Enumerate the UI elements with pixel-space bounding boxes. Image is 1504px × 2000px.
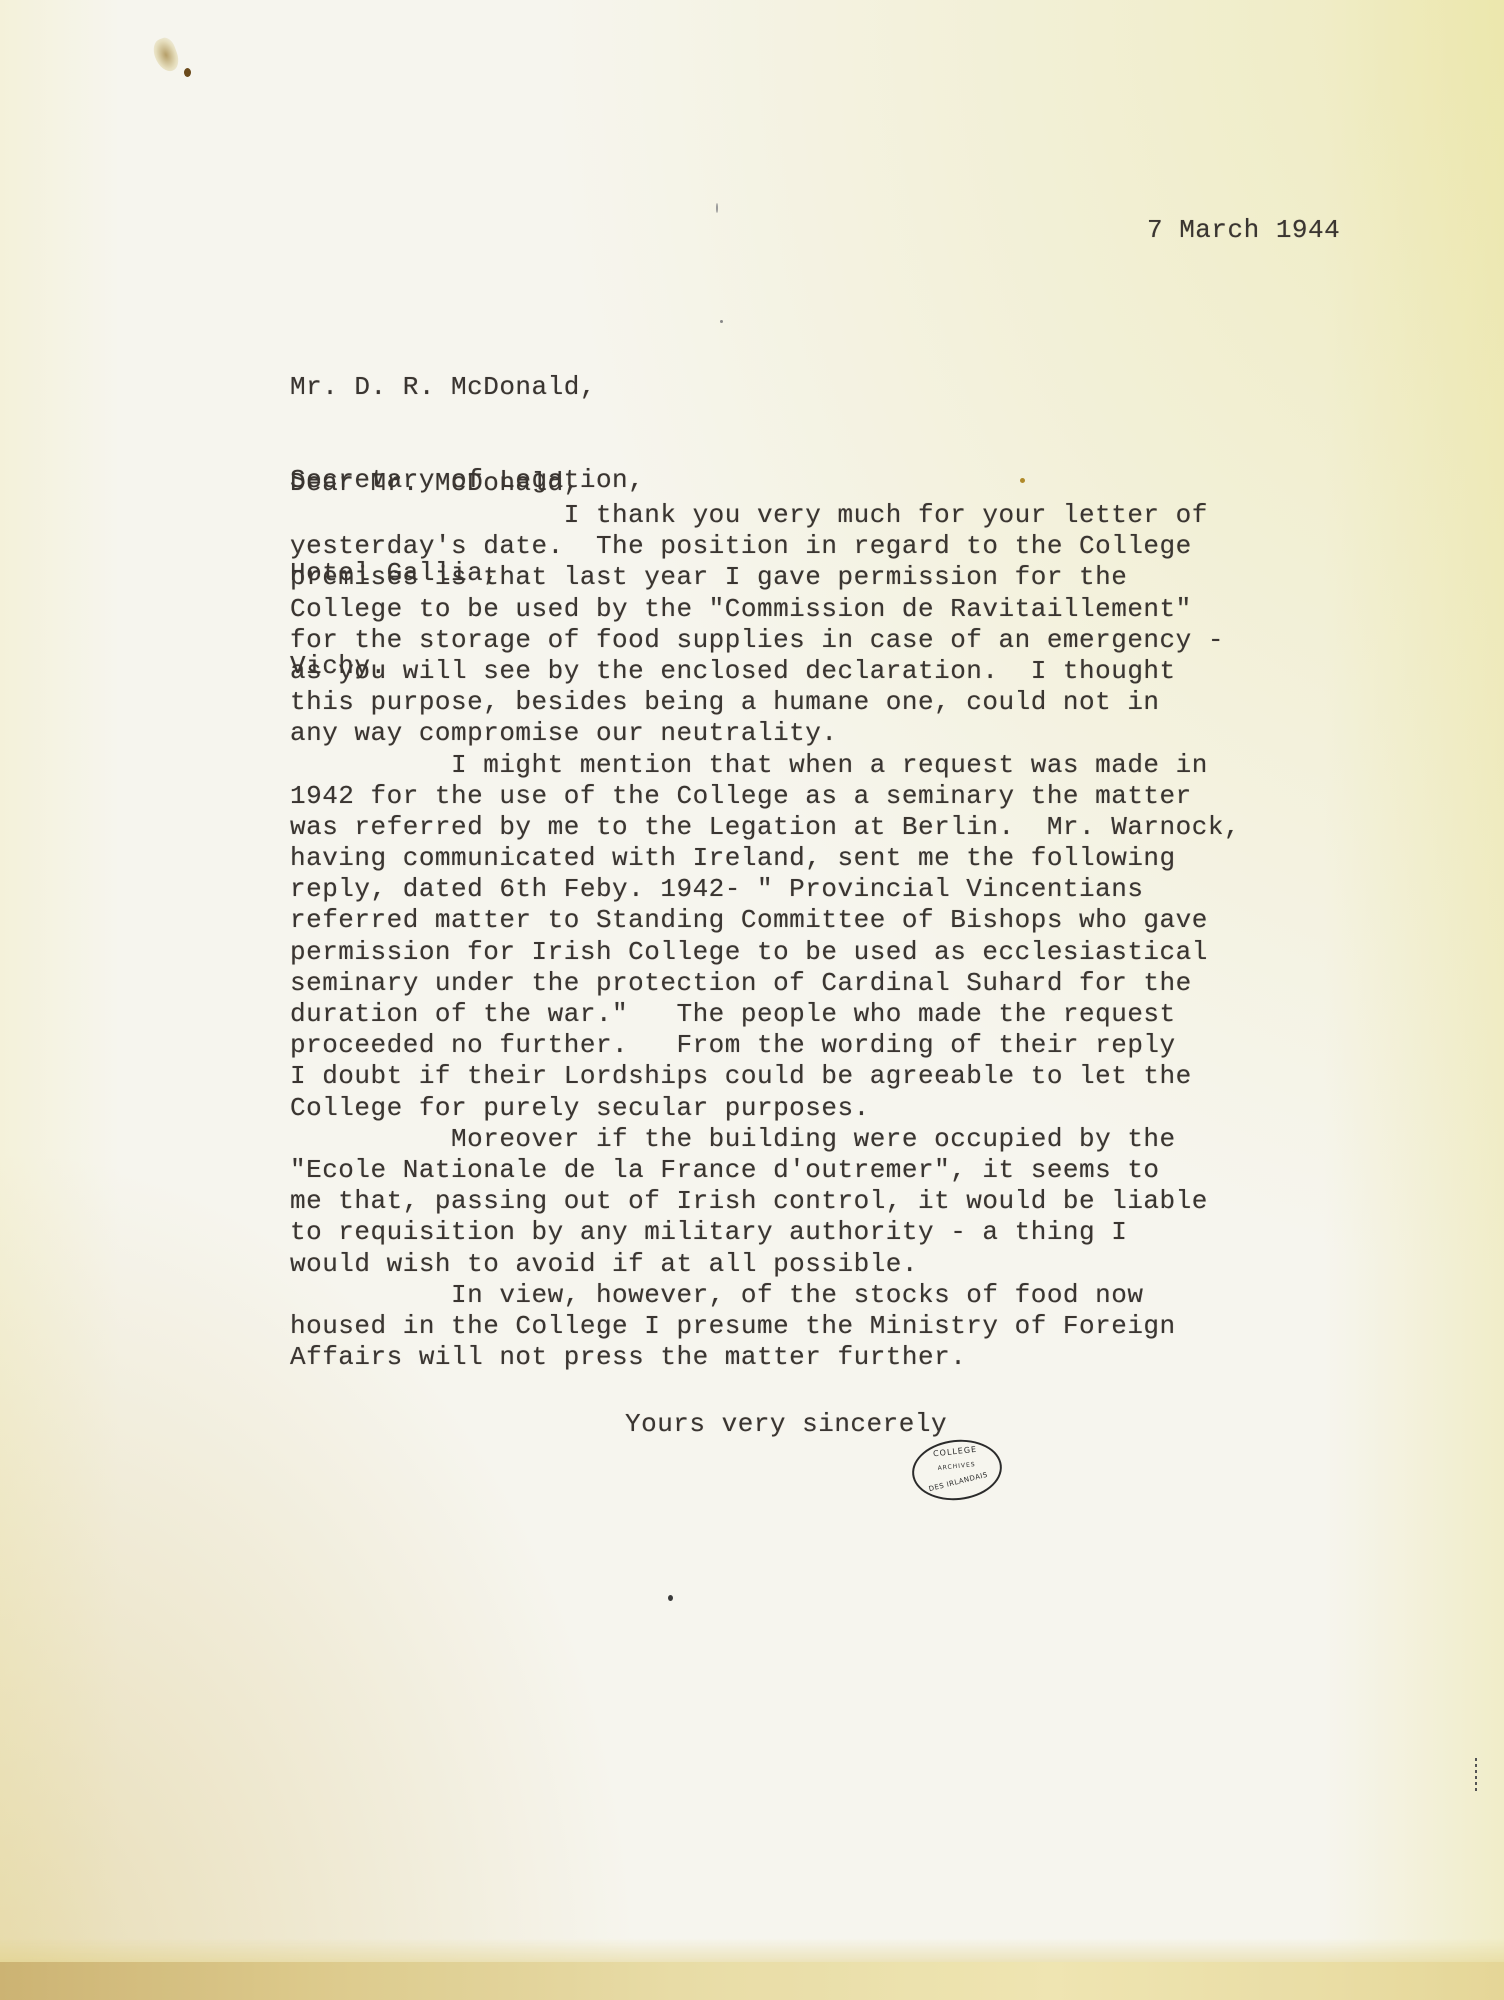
ink-spot <box>184 68 191 77</box>
body-line: as you will see by the enclosed declarat… <box>290 656 1240 687</box>
body-line: I might mention that when a request was … <box>290 750 1240 781</box>
body-line: Moreover if the building were occupied b… <box>290 1124 1240 1155</box>
body-line: any way compromise our neutrality. <box>290 718 1240 749</box>
body-line: was referred by me to the Legation at Be… <box>290 812 1240 843</box>
body-line: seminary under the protection of Cardina… <box>290 968 1240 999</box>
paper-speck <box>668 1595 673 1601</box>
body-line: duration of the war." The people who mad… <box>290 999 1240 1030</box>
paper-speck <box>716 203 718 213</box>
letter-body: I thank you very much for your letter of… <box>290 500 1240 1373</box>
body-line: me that, passing out of Irish control, i… <box>290 1186 1240 1217</box>
body-line: permission for Irish College to be used … <box>290 937 1240 968</box>
body-line: reply, dated 6th Feby. 1942- " Provincia… <box>290 874 1240 905</box>
ink-smudge <box>150 35 182 74</box>
body-line: housed in the College I presume the Mini… <box>290 1311 1240 1342</box>
body-line: premises is that last year I gave permis… <box>290 562 1240 593</box>
body-line: In view, however, of the stocks of food … <box>290 1280 1240 1311</box>
body-line: College for purely secular purposes. <box>290 1093 1240 1124</box>
body-line: this purpose, besides being a humane one… <box>290 687 1240 718</box>
edge-mark <box>1475 1758 1477 1792</box>
address-line: Mr. D. R. McDonald, <box>290 372 644 403</box>
body-line: proceeded no further. From the wording o… <box>290 1030 1240 1061</box>
body-line: "Ecole Nationale de la France d'outremer… <box>290 1155 1240 1186</box>
paper-stain <box>0 1962 1504 2000</box>
letter-date: 7 March 1944 <box>1147 215 1340 246</box>
paper-speck <box>720 320 723 323</box>
stamp-top-text: COLLEGE <box>912 1443 998 1461</box>
archive-stamp: COLLEGE ARCHIVES DES IRLANDAIS <box>909 1435 1005 1504</box>
letter-page: 7 March 1944 Mr. D. R. McDonald, Secreta… <box>0 0 1504 2000</box>
paper-speck <box>1020 478 1025 483</box>
body-line: College to be used by the "Commission de… <box>290 594 1240 625</box>
body-line: having communicated with Ireland, sent m… <box>290 843 1240 874</box>
body-line: I doubt if their Lordships could be agre… <box>290 1061 1240 1092</box>
body-line: yesterday's date. The position in regard… <box>290 531 1240 562</box>
body-line: Affairs will not press the matter furthe… <box>290 1342 1240 1373</box>
body-line: to requisition by any military authority… <box>290 1217 1240 1248</box>
body-line: for the storage of food supplies in case… <box>290 625 1240 656</box>
salutation: Dear Mr. McDonald, <box>290 468 580 499</box>
body-line: I thank you very much for your letter of <box>290 500 1240 531</box>
body-line: would wish to avoid if at all possible. <box>290 1249 1240 1280</box>
body-line: referred matter to Standing Committee of… <box>290 905 1240 936</box>
closing: Yours very sincerely <box>625 1409 947 1440</box>
body-line: 1942 for the use of the College as a sem… <box>290 781 1240 812</box>
